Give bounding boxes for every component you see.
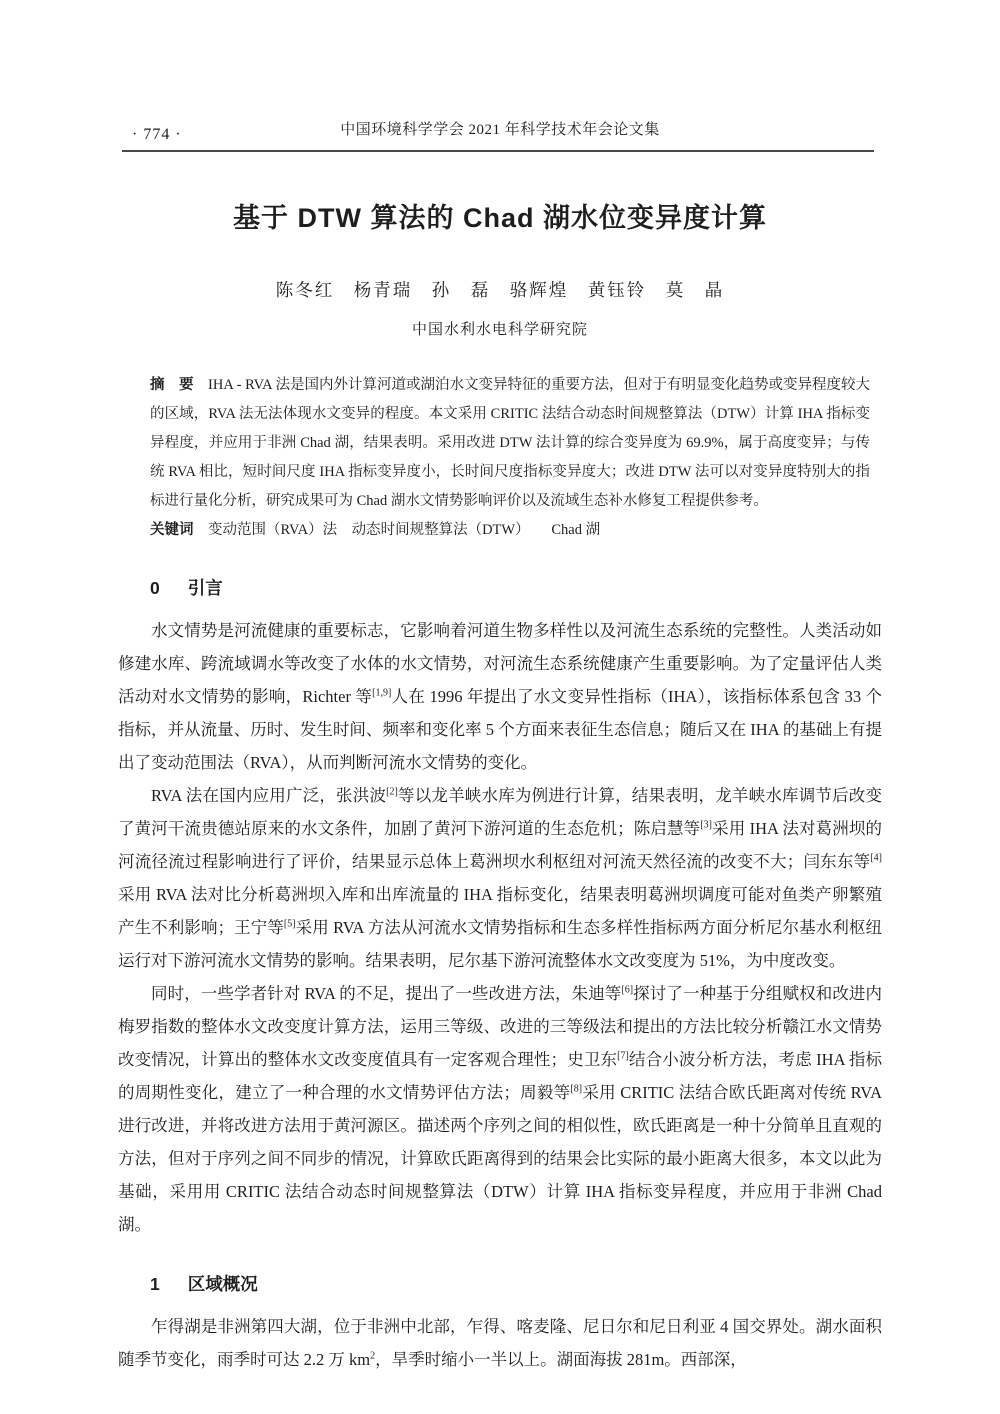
keywords-text: 变动范围（RVA）法 动态时间规整算法（DTW） Chad 湖 xyxy=(208,522,600,538)
body-sections: 0引言水文情势是河流健康的重要标志，它影响着河道生物多样性以及河流生态系统的完整… xyxy=(118,575,882,1376)
citation-superscript: [7] xyxy=(617,1051,629,1062)
article-title: 基于 DTW 算法的 Chad 湖水位变异度计算 xyxy=(118,196,882,235)
keywords-label: 关键词 xyxy=(150,522,194,538)
journal-title: 中国环境科学学会 2021 年科学技术年会论文集 xyxy=(118,118,882,139)
page-number: · 774 · xyxy=(132,126,182,144)
body-paragraph: 水文情势是河流健康的重要标志，它影响着河道生物多样性以及河流生态系统的完整性。人… xyxy=(118,614,882,779)
section-heading: 0引言 xyxy=(150,575,882,600)
running-header: · 774 · 中国环境科学学会 2021 年科学技术年会论文集 xyxy=(118,0,882,146)
abstract-label: 摘 要 xyxy=(150,377,194,393)
abstract-block: 摘 要IHA - RVA 法是国内外计算河道或湖泊水文变异特征的重要方法，但对于… xyxy=(150,371,870,545)
citation-superscript: [1,9] xyxy=(372,688,391,699)
body-paragraph: RVA 法在国内应用广泛，张洪波[2]等以龙羊峡水库为例进行计算，结果表明，龙羊… xyxy=(118,779,882,977)
header-rule xyxy=(122,150,874,152)
section-heading: 1区域概况 xyxy=(150,1271,882,1296)
paper-page: · 774 · 中国环境科学学会 2021 年科学技术年会论文集 基于 DTW … xyxy=(118,0,882,1414)
authors-line: 陈冬红 杨青瑞 孙 磊 骆辉煌 黄钰铃 莫 晶 xyxy=(118,277,882,302)
section-number: 0 xyxy=(150,578,160,598)
citation-superscript: [5] xyxy=(284,919,296,930)
section-number: 1 xyxy=(150,1274,160,1294)
citation-superscript: [2] xyxy=(386,787,398,798)
abstract-paragraph: 摘 要IHA - RVA 法是国内外计算河道或湖泊水文变异特征的重要方法，但对于… xyxy=(150,371,870,516)
keywords-line: 关键词变动范围（RVA）法 动态时间规整算法（DTW） Chad 湖 xyxy=(150,516,870,545)
citation-superscript: 2 xyxy=(370,1351,375,1362)
citation-superscript: [4] xyxy=(870,853,882,864)
citation-superscript: [6] xyxy=(621,985,633,996)
affiliation: 中国水利水电科学研究院 xyxy=(118,318,882,339)
abstract-text: IHA - RVA 法是国内外计算河道或湖泊水文变异特征的重要方法，但对于有明显… xyxy=(150,377,870,509)
body-paragraph: 同时，一些学者针对 RVA 的不足，提出了一些改进方法，朱迪等[6]探讨了一种基… xyxy=(118,977,882,1241)
citation-superscript: [3] xyxy=(700,820,712,831)
body-paragraph: 乍得湖是非洲第四大湖，位于非洲中北部，乍得、喀麦隆、尼日尔和尼日利亚 4 国交界… xyxy=(118,1310,882,1376)
citation-superscript: [8] xyxy=(570,1084,582,1095)
